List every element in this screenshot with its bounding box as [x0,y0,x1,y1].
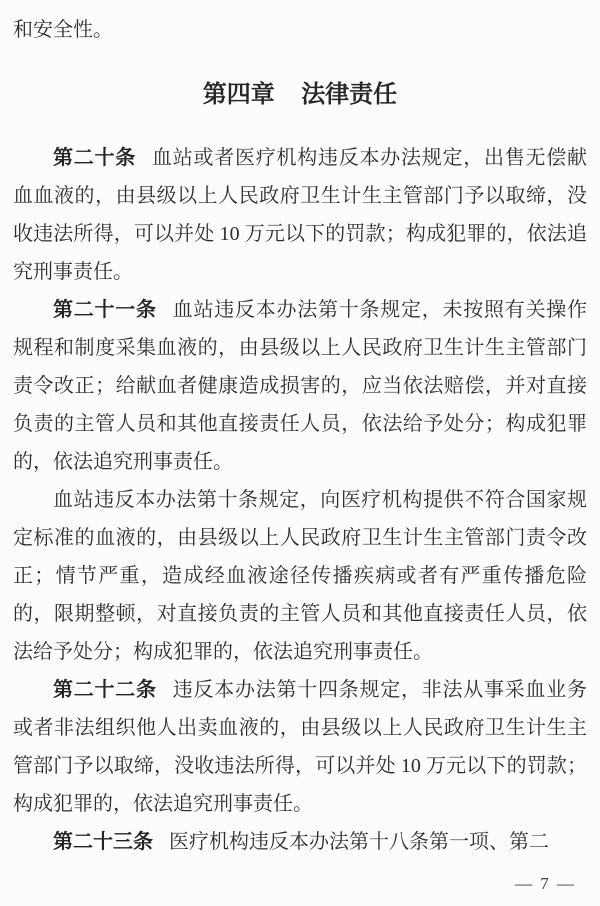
article-21-label: 第二十一条 [53,299,157,321]
article-20-paragraph-1: 第二十条血站或者医疗机构违反本办法规定，出售无偿献血血液的，由县级以上人民政府卫… [13,139,587,291]
article-20-label: 第二十条 [53,147,136,169]
article-21-paragraph-2: 血站违反本办法第十条规定，向医疗机构提供不符合国家规定标准的血液的，由县级以上人… [13,481,587,671]
article-21-text-2: 血站违反本办法第十条规定，向医疗机构提供不符合国家规定标准的血液的，由县级以上人… [13,489,587,663]
article-23-label: 第二十三条 [53,831,153,853]
article-21-paragraph-1: 第二十一条血站违反本办法第十条规定，未按照有关操作规程和制度采集血液的，由县级以… [13,291,587,481]
continuation-text: 和安全性。 [13,11,587,49]
chapter-title: 法律责任 [301,81,397,108]
chapter-heading: 第四章法律责任 [13,75,587,115]
page-number: — 7 — [515,874,576,894]
article-22-paragraph-1: 第二十二条违反本办法第十四条规定，非法从事采血业务或者非法组织他人出卖血液的，由… [13,671,587,823]
article-23-text-1: 医疗机构违反本办法第十八条第一项、第二 [169,831,549,853]
article-23-paragraph-1: 第二十三条医疗机构违反本办法第十八条第一项、第二 [13,823,587,861]
chapter-number: 第四章 [203,81,275,108]
article-21-text-1: 血站违反本办法第十条规定，未按照有关操作规程和制度采集血液的，由县级以上人民政府… [13,299,587,473]
article-22-label: 第二十二条 [53,679,157,701]
document-page: 和安全性。 第四章法律责任 第二十条血站或者医疗机构违反本办法规定，出售无偿献血… [0,0,600,906]
